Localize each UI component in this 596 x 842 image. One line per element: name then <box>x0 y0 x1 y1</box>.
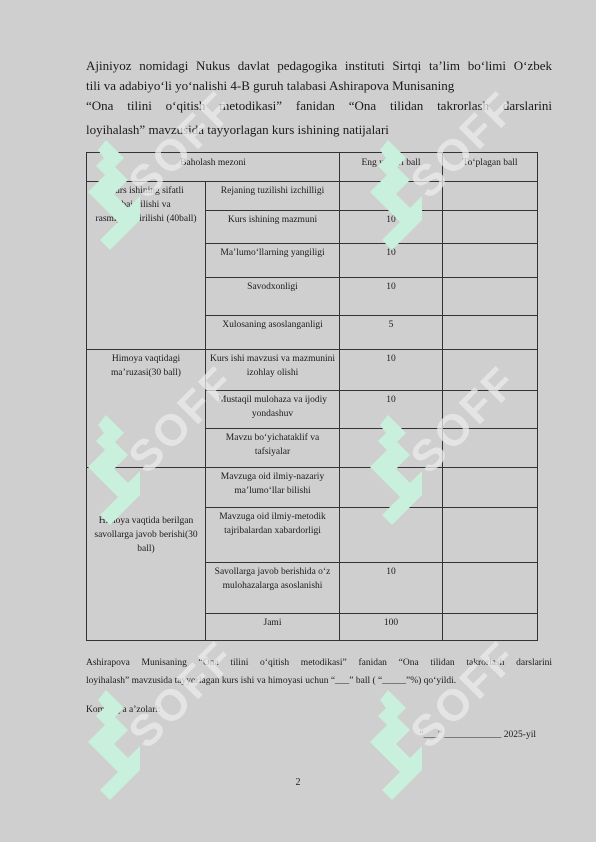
max-score-cell: 10 <box>340 563 443 614</box>
total-label: Jami <box>206 614 340 641</box>
max-score-cell: 10 <box>340 211 443 244</box>
group-label: Kurs ishining sifatli bajarilishi va ras… <box>87 182 206 350</box>
commission-label: Komissiya a’zolari: <box>86 701 552 719</box>
table-row: Kurs ishining sifatli bajarilishi va ras… <box>87 182 538 211</box>
group-label: Himoya vaqtida berilgan savollarga javob… <box>87 468 206 641</box>
header-criterion: Baholash mezoni <box>87 153 340 182</box>
page-number: 2 <box>0 777 596 788</box>
criterion-cell: Ma’lumo‘llarning yangiligi <box>206 244 340 278</box>
heading-line-1: Ajiniyoz nomidagi Nukus davlat pedagogik… <box>86 56 552 76</box>
table-header-row: Baholash mezoni Eng yuqori ball To‘plaga… <box>87 153 538 182</box>
criterion-cell: Mavzu bo‘yichataklif va tafsiyalar <box>206 429 340 468</box>
conclusion-paragraph: Ashirapova Munisaning “Ona tilini o‘qiti… <box>86 654 552 690</box>
grading-table: Baholash mezoni Eng yuqori ball To‘plaga… <box>86 152 538 641</box>
max-score-cell: 10 <box>340 278 443 316</box>
earned-score-cell[interactable] <box>443 468 538 508</box>
criterion-cell: Rejaning tuzilishi izchilligi <box>206 182 340 211</box>
criterion-cell: Savollarga javob berishida o‘z mulohazal… <box>206 563 340 614</box>
heading-line-4: loyihalash” mavzusida tayyorlagan kurs i… <box>86 120 552 140</box>
criterion-cell: Mavzuga oid ilmiy-metodik tajribalardan … <box>206 508 340 563</box>
criterion-cell: Savodxonligi <box>206 278 340 316</box>
table-row: Himoya vaqtida berilgan savollarga javob… <box>87 468 538 508</box>
criterion-cell: Kurs ishining mazmuni <box>206 211 340 244</box>
heading-line-2: tili va adabiyo‘li yo‘nalishi 4-B guruh … <box>86 76 552 96</box>
earned-score-cell[interactable] <box>443 182 538 211</box>
max-score-cell: 10 <box>340 244 443 278</box>
header-earned-score: To‘plagan ball <box>443 153 538 182</box>
max-score-cell: 10 <box>340 350 443 391</box>
earned-score-cell[interactable] <box>443 350 538 391</box>
group-label: Himoya vaqtidagi ma’ruzasi(30 ball) <box>87 350 206 468</box>
criterion-cell: Kurs ishi mavzusi va mazmunini izohlay o… <box>206 350 340 391</box>
max-score-cell: 10 <box>340 468 443 508</box>
earned-score-cell[interactable] <box>443 563 538 614</box>
earned-score-cell[interactable] <box>443 244 538 278</box>
earned-score-cell[interactable] <box>443 278 538 316</box>
earned-score-cell[interactable] <box>443 508 538 563</box>
earned-score-cell[interactable] <box>443 211 538 244</box>
max-score-cell: 10 <box>340 508 443 563</box>
conclusion-line-1: Ashirapova Munisaning “Ona tilini o‘qiti… <box>86 654 552 672</box>
earned-score-cell[interactable] <box>443 429 538 468</box>
max-score-cell: 10 <box>340 391 443 429</box>
document-heading: Ajiniyoz nomidagi Nukus davlat pedagogik… <box>86 56 552 140</box>
criterion-cell: Mavzuga oid ilmiy-nazariy ma’lumo‘llar b… <box>206 468 340 508</box>
header-max-score: Eng yuqori ball <box>340 153 443 182</box>
earned-score-cell[interactable] <box>443 391 538 429</box>
criterion-cell: Mustaqil mulohaza va ijodiy yondashuv <box>206 391 340 429</box>
heading-line-3: “Ona tilini o‘qitish metodikasi” fanidan… <box>86 96 552 116</box>
max-score-cell: 5 <box>340 316 443 350</box>
total-max-score: 100 <box>340 614 443 641</box>
max-score-cell: 10 <box>340 429 443 468</box>
table-row: Himoya vaqtidagi ma’ruzasi(30 ball) Kurs… <box>87 350 538 391</box>
date-line: “___” ____________ 2025-yil <box>86 726 552 744</box>
criterion-cell: Xulosaning asoslanganligi <box>206 316 340 350</box>
total-earned-score[interactable] <box>443 614 538 641</box>
earned-score-cell[interactable] <box>443 316 538 350</box>
conclusion-line-2: loyihalash” mavzusida tayyorlagan kurs i… <box>86 676 456 686</box>
max-score-cell: 5 <box>340 182 443 211</box>
